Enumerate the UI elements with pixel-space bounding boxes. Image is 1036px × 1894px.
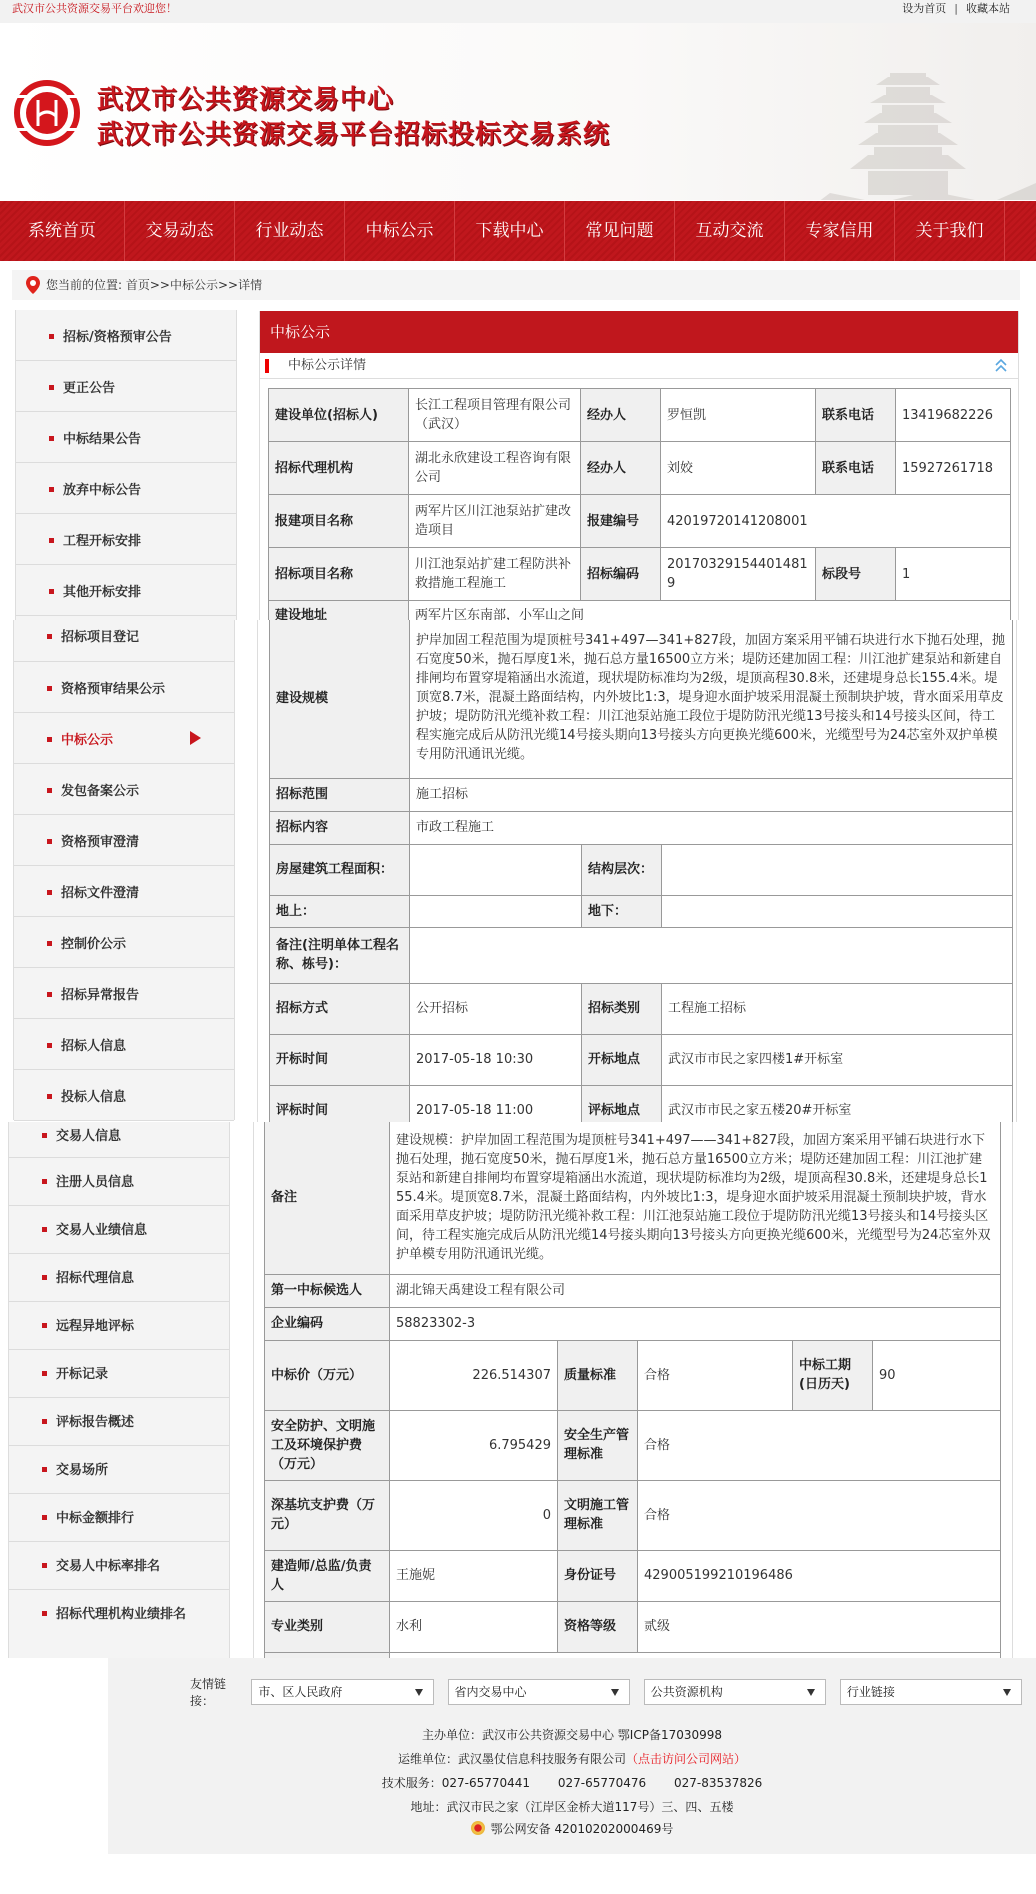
scale-value: 护岸加固工程范围为堤顶桩号341+497—341+827段，加固方案采用平铺石块… <box>410 620 1013 778</box>
sidebar-item-opening-record[interactable]: 开标记录 <box>9 1350 229 1398</box>
project-label: 报建项目名称 <box>269 495 409 548</box>
eval-time-label: 评标时间 <box>270 1085 410 1122</box>
top-bar: 武汉市公共资源交易平台欢迎您！ 设为首页|收藏本站 <box>0 0 1036 23</box>
builder-label: 建设单位(招标人) <box>269 389 409 442</box>
major-label: 专业类别 <box>265 1601 390 1652</box>
main-panel-2: 建设规模 护岸加固工程范围为堤顶桩号341+497—341+827段，加固方案采… <box>257 620 1017 1122</box>
remark-value: 建设规模：护岸加固工程范围为堤顶桩号341+497——341+827段，加固方案… <box>390 1122 1001 1274</box>
sidebar-item-win-rate-ranking[interactable]: 交易人中标率排名 <box>9 1542 229 1590</box>
above-value <box>410 895 582 927</box>
bullet-icon <box>47 788 52 793</box>
bullet-icon <box>47 839 52 844</box>
bullet-icon <box>47 992 52 997</box>
pit-fee-value: 0 <box>390 1480 558 1550</box>
sidebar-item-prequal-result[interactable]: 资格预审结果公示 <box>14 662 234 713</box>
above-label: 地上： <box>270 895 410 927</box>
grade-value: 贰级 <box>638 1601 1001 1652</box>
bullet-icon <box>49 538 54 543</box>
nav-home[interactable]: 系统首页 <box>0 201 125 261</box>
bullet-icon <box>47 1043 52 1048</box>
sidebar-item-trader-info[interactable]: 交易人信息 <box>9 1122 229 1158</box>
bullet-icon <box>42 1563 47 1568</box>
grade-label: 资格等级 <box>558 1601 638 1652</box>
detail-table-1: 建设单位(招标人) 长江工程项目管理有限公司（武汉） 经办人 罗恒凯 联系电话 … <box>268 388 1011 631</box>
section-no-value: 1 <box>896 548 1011 601</box>
sidebar-item-eval-report[interactable]: 评标报告概述 <box>9 1398 229 1446</box>
sidebar-item-project-register[interactable]: 招标项目登记 <box>14 620 234 662</box>
code-value: 58823302-3 <box>390 1307 1001 1340</box>
sidebar-item-venue[interactable]: 交易场所 <box>9 1446 229 1494</box>
open-place-label: 开标地点 <box>582 1034 662 1085</box>
remark-label: 备注 <box>265 1122 390 1274</box>
panel-title: 中标公示 <box>260 311 1018 353</box>
category-label: 招标类别 <box>582 983 662 1034</box>
bullet-icon <box>42 1323 47 1328</box>
period-value: 90 <box>873 1340 1001 1410</box>
sidebar-group-2: 招标项目登记 资格预审结果公示 中标公示 发包备案公示 资格预审澄清 招标文件澄… <box>13 620 235 1120</box>
sidebar-item-tenderer-info[interactable]: 招标人信息 <box>14 1019 234 1070</box>
sidebar-item-agency-ranking[interactable]: 招标代理机构业绩排名 <box>9 1590 229 1638</box>
category-value: 工程施工招标 <box>662 983 1013 1034</box>
bullet-icon <box>47 941 52 946</box>
bullet-icon <box>42 1467 47 1472</box>
bullet-icon <box>47 1094 52 1099</box>
project-no-value: 42019720141208001 <box>661 495 1011 548</box>
bookmark-link[interactable]: 收藏本站 <box>966 2 1010 15</box>
select-public-resource[interactable]: 公共资源机构 <box>644 1679 826 1705</box>
sidebar-item-correction[interactable]: 更正公告 <box>16 361 236 412</box>
quality-label: 质量标准 <box>558 1340 638 1410</box>
bullet-icon <box>49 589 54 594</box>
dropdown-arrow-icon <box>415 1689 423 1696</box>
content-label: 招标内容 <box>270 811 410 844</box>
open-time-value: 2017-05-18 10:30 <box>410 1034 582 1085</box>
method-label: 招标方式 <box>270 983 410 1034</box>
set-home-link[interactable]: 设为首页 <box>902 2 946 15</box>
agency-label: 招标代理机构 <box>269 442 409 495</box>
major-value: 水利 <box>390 1601 558 1652</box>
footer-address: 地址：武汉市民之家（江岸区金桥大道117号）三、四、五楼 <box>108 1798 1036 1815</box>
nav-interaction[interactable]: 互动交流 <box>675 201 785 261</box>
nav-industry-news[interactable]: 行业动态 <box>235 201 345 261</box>
builder-value: 长江工程项目管理有限公司（武汉） <box>409 389 581 442</box>
note-label: 备注(注明单体工程名称、栋号)： <box>270 927 410 983</box>
sidebar-item-award-notice[interactable]: 中标公示 <box>14 713 234 764</box>
site-title-line1: 武汉市公共资源交易中心 <box>97 79 394 116</box>
pit-fee-label: 深基坑支护费（万元） <box>265 1480 390 1550</box>
select-industry[interactable]: 行业链接 <box>840 1679 1022 1705</box>
scope-value: 施工招标 <box>410 778 1013 811</box>
bullet-icon <box>42 1611 47 1616</box>
bullet-icon <box>49 487 54 492</box>
bullet-icon <box>42 1227 47 1232</box>
police-record-link[interactable]: 鄂公网安备 42010202000469号 <box>491 1822 674 1836</box>
handler-label: 经办人 <box>581 389 661 442</box>
nav-trade-news[interactable]: 交易动态 <box>125 201 235 261</box>
candidate-label: 第一中标候选人 <box>265 1274 390 1307</box>
tender-value: 川江池泵站扩建工程防洪补救措施工程施工 <box>409 548 581 601</box>
friend-links: 友情链接： 市、区人民政府 省内交易中心 公共资源机构 行业链接 <box>190 1675 1036 1709</box>
open-place-value: 武汉市市民之家四楼1#开标室 <box>662 1034 1013 1085</box>
dropdown-arrow-icon <box>807 1689 815 1696</box>
content-value: 市政工程施工 <box>410 811 1013 844</box>
floors-label: 结构层次： <box>582 844 662 895</box>
tender-code-label: 招标编码 <box>581 548 661 601</box>
sidebar-item-remote-eval[interactable]: 远程异地评标 <box>9 1302 229 1350</box>
price-value: 226.514307 <box>390 1340 558 1410</box>
below-value <box>662 895 1013 927</box>
dropdown-arrow-icon <box>1003 1689 1011 1696</box>
footer-tech: 技术服务：027-65770441 027-65770476 027-83537… <box>108 1774 1036 1791</box>
breadcrumb: 您当前的位置: 首页>>中标公示>>详情 <box>12 270 1020 300</box>
company-site-link[interactable]: （点击访问公司网站） <box>626 1752 746 1766</box>
floors-value <box>662 844 1013 895</box>
main-panel: 中标公示 中标公示详情 建设单位(招标人) 长江工程项目管理有限公司（武汉） 经… <box>259 311 1019 620</box>
manager-value: 王施妮 <box>390 1550 558 1601</box>
sidebar-item-doc-clarify[interactable]: 招标文件澄清 <box>14 866 234 917</box>
bullet-icon <box>49 334 54 339</box>
breadcrumb-text: 您当前的位置: 首页>>中标公示>>详情 <box>46 278 262 292</box>
sidebar-group-3: 交易人信息 注册人员信息 交易人业绩信息 招标代理信息 远程异地评标 开标记录 … <box>8 1122 230 1658</box>
phone-label: 联系电话 <box>816 389 896 442</box>
sidebar-item-project-opening[interactable]: 工程开标安排 <box>16 514 236 565</box>
handler-label-2: 经办人 <box>581 442 661 495</box>
handler2-value: 刘姣 <box>661 442 816 495</box>
site-header: 武汉市公共资源交易中心 武汉市公共资源交易平台招标投标交易系统 <box>0 23 1036 200</box>
sidebar-item-tender-notice[interactable]: 招标/资格预审公告 <box>16 310 236 361</box>
footer-police: 鄂公网安备 42010202000469号 <box>108 1820 1036 1837</box>
sidebar-item-trader-performance[interactable]: 交易人业绩信息 <box>9 1206 229 1254</box>
bullet-icon <box>49 436 54 441</box>
police-badge-icon <box>471 1821 485 1835</box>
separator: | <box>954 2 958 15</box>
open-time-label: 开标时间 <box>270 1034 410 1085</box>
bullet-icon <box>47 634 52 639</box>
handler1-value: 罗恒凯 <box>661 389 816 442</box>
agency-value: 湖北永欣建设工程咨询有限公司 <box>409 442 581 495</box>
note-value <box>410 927 1013 983</box>
sidebar-item-prequal-clarify[interactable]: 资格预审澄清 <box>14 815 234 866</box>
safety-std-value: 合格 <box>638 1410 1001 1480</box>
tender-code-value: 201703291544014819 <box>661 548 816 601</box>
bullet-icon <box>42 1275 47 1280</box>
phone-label-2: 联系电话 <box>816 442 896 495</box>
footer-ops: 运维单位：武汉墨仗信息科技服务有限公司（点击访问公司网站） <box>108 1750 1036 1767</box>
civil-std-label: 文明施工管理标准 <box>558 1480 638 1550</box>
sidebar-item-contract-filing[interactable]: 发包备案公示 <box>14 764 234 815</box>
wuhan-logo-icon <box>14 80 80 146</box>
id-value: 429005199210196486 <box>638 1550 1001 1601</box>
code-label: 企业编码 <box>265 1307 390 1340</box>
sidebar-item-other-opening[interactable]: 其他开标安排 <box>16 565 236 616</box>
bullet-icon <box>42 1371 47 1376</box>
safety-fee-label: 安全防护、文明施工及环境保护费（万元） <box>265 1410 390 1480</box>
active-arrow-icon <box>190 731 201 745</box>
safety-std-label: 安全生产管理标准 <box>558 1410 638 1480</box>
period-label: 中标工期(日历天) <box>793 1340 873 1410</box>
project-no-label: 报建编号 <box>581 495 661 548</box>
quality-value: 合格 <box>638 1340 793 1410</box>
detail-table-3: 备注 建设规模：护岸加固工程范围为堤顶桩号341+497——341+827段，加… <box>264 1122 1001 1658</box>
site-title-line2: 武汉市公共资源交易平台招标投标交易系统 <box>97 114 610 151</box>
civil-std-value: 合格 <box>638 1480 1001 1550</box>
nav-expert-credit[interactable]: 专家信用 <box>785 201 895 261</box>
sidebar-item-agency-info[interactable]: 招标代理信息 <box>9 1254 229 1302</box>
eval-time-value: 2017-05-18 11:00 <box>410 1085 582 1122</box>
below-label: 地下： <box>582 895 662 927</box>
tender-label: 招标项目名称 <box>269 548 409 601</box>
scale-label: 建设规模 <box>270 620 410 778</box>
method-value: 公开招标 <box>410 983 582 1034</box>
nav-downloads[interactable]: 下载中心 <box>455 201 565 261</box>
scope-label: 招标范围 <box>270 778 410 811</box>
nav-about[interactable]: 关于我们 <box>895 201 1005 261</box>
phone2-value: 15927261718 <box>896 442 1011 495</box>
sidebar-item-award-result[interactable]: 中标结果公告 <box>16 412 236 463</box>
id-label: 身份证号 <box>558 1550 638 1601</box>
sidebar-item-abnormal-report[interactable]: 招标异常报告 <box>14 968 234 1019</box>
bullet-icon <box>47 890 52 895</box>
area-label: 房屋建筑工程面积： <box>270 844 410 895</box>
select-province-center[interactable]: 省内交易中心 <box>448 1679 630 1705</box>
bullet-icon <box>42 1133 47 1138</box>
friend-links-label: 友情链接： <box>190 1675 249 1709</box>
nav-award-notice[interactable]: 中标公示 <box>345 201 455 261</box>
section-no-label: 标段号 <box>816 548 896 601</box>
nav-faq[interactable]: 常见问题 <box>565 201 675 261</box>
safety-fee-value: 6.795429 <box>390 1410 558 1480</box>
detail-table-2: 建设规模 护岸加固工程范围为堤顶桩号341+497—341+827段，加固方案采… <box>269 620 1013 1122</box>
candidate-value: 湖北锦天禹建设工程有限公司 <box>390 1274 1001 1307</box>
bullet-icon <box>42 1179 47 1184</box>
sidebar-item-control-price[interactable]: 控制价公示 <box>14 917 234 968</box>
site-footer: 友情链接： 市、区人民政府 省内交易中心 公共资源机构 行业链接 主办单位：武汉… <box>108 1658 1036 1854</box>
footer-host: 主办单位：武汉市公共资源交易中心 鄂ICP备17030998 <box>108 1726 1036 1743</box>
sidebar-group-1: 招标/资格预审公告 更正公告 中标结果公告 放弃中标公告 工程开标安排 其他开标… <box>15 310 237 620</box>
sidebar-item-registered-staff[interactable]: 注册人员信息 <box>9 1158 229 1206</box>
pagoda-illustration-icon <box>790 53 1036 200</box>
main-nav: 系统首页 交易动态 行业动态 中标公示 下载中心 常见问题 互动交流 专家信用 … <box>0 201 1036 261</box>
main-panel-3: 备注 建设规模：护岸加固工程范围为堤顶桩号341+497——341+827段，加… <box>253 1122 1013 1658</box>
welcome-text: 武汉市公共资源交易平台欢迎您！ <box>12 0 177 18</box>
top-links: 设为首页|收藏本站 <box>902 0 1010 18</box>
bullet-icon <box>47 737 52 742</box>
phone1-value: 13419682226 <box>896 389 1011 442</box>
bullet-icon <box>49 385 54 390</box>
bullet-icon <box>47 686 52 691</box>
section-title: 中标公示详情 <box>288 358 366 373</box>
location-pin-icon <box>26 276 40 294</box>
select-gov[interactable]: 市、区人民政府 <box>251 1679 433 1705</box>
area-value <box>410 844 582 895</box>
manager-label: 建造师/总监/负责人 <box>265 1550 390 1601</box>
eval-place-value: 武汉市市民之家五楼20#开标室 <box>662 1085 1013 1122</box>
double-chevron-up-icon[interactable] <box>994 357 1008 373</box>
project-value: 两军片区川江池泵站扩建改造项目 <box>409 495 581 548</box>
price-label: 中标价（万元） <box>265 1340 390 1410</box>
bullet-icon <box>42 1515 47 1520</box>
sidebar-item-abandon[interactable]: 放弃中标公告 <box>16 463 236 514</box>
eval-place-label: 评标地点 <box>582 1085 662 1122</box>
section-header: 中标公示详情 <box>260 353 1018 379</box>
sidebar-item-bidder-info[interactable]: 投标人信息 <box>14 1070 234 1121</box>
dropdown-arrow-icon <box>611 1689 619 1696</box>
section-marker <box>265 359 269 373</box>
bullet-icon <box>42 1419 47 1424</box>
sidebar-item-amount-ranking[interactable]: 中标金额排行 <box>9 1494 229 1542</box>
